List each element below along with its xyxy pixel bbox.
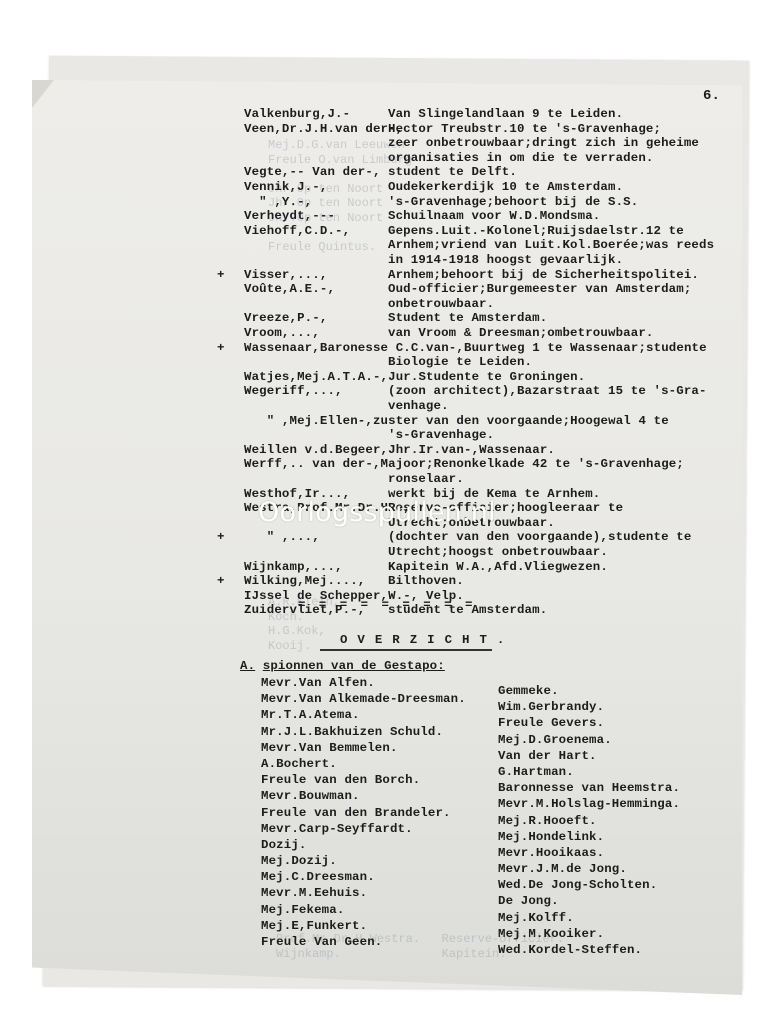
right-name-column: Gemmeke.Wim.Gerbrandy.Freule Gevers.Mej.… bbox=[498, 684, 680, 959]
spy-name: Mevr.Van Bemmelen. bbox=[261, 741, 466, 757]
entry-continuation-text: onbetrouwbaar. bbox=[388, 297, 494, 312]
entry-name: Vennik,J.-, bbox=[244, 180, 327, 195]
entry-name: Veen,Dr.J.H.van der-, bbox=[244, 122, 403, 137]
entry-continuation-text: ronselaar. bbox=[388, 472, 464, 487]
spy-name: Mevr.M.Eehuis. bbox=[261, 886, 466, 902]
spy-name: Mevr.J.M.de Jong. bbox=[498, 862, 680, 878]
watermark: Oorlogsspullen.nl bbox=[258, 497, 496, 528]
spy-name: A.Bochert. bbox=[261, 757, 466, 773]
plus-marker: + bbox=[217, 341, 225, 356]
entry-description: Oud-officier;Burgemeester van Amsterdam; bbox=[388, 282, 691, 297]
entry-continuation-text: venhage. bbox=[388, 399, 449, 414]
entry-name: Vroom,..., bbox=[244, 326, 320, 341]
spy-name: Mevr.M.Holslag-Hemminga. bbox=[498, 797, 680, 813]
entry-description: 's-Gravenhage;behoort bij de S.S. bbox=[388, 195, 638, 210]
plus-marker: + bbox=[217, 530, 225, 545]
spy-name: Baronnesse van Heemstra. bbox=[498, 781, 680, 797]
spy-name: Mr.J.L.Bakhuizen Schuld. bbox=[261, 725, 466, 741]
spy-name: Freule Gevers. bbox=[498, 716, 680, 732]
spy-name: Mevr.Van Alkemade-Dreesman. bbox=[261, 692, 466, 708]
spy-name: Van der Hart. bbox=[498, 749, 680, 765]
separator-line: = = = = = = = = = bbox=[298, 598, 475, 613]
entry-description: Schuilnaam voor W.D.Mondsma. bbox=[388, 209, 600, 224]
entry-description: Student te Amsterdam. bbox=[388, 311, 547, 326]
plus-marker: + bbox=[217, 268, 225, 283]
entry-name: Weillen v.d.Begeer,Jhr.Ir.van-,Wassenaar… bbox=[244, 443, 555, 458]
spy-name: Mevr.Bouwman. bbox=[261, 789, 466, 805]
entry-name: Verheydt,--- bbox=[244, 209, 335, 224]
spy-name: Mej.Fekema. bbox=[261, 903, 466, 919]
spy-name: Freule van den Borch. bbox=[261, 773, 466, 789]
entry-name: Viehoff,C.D.-, bbox=[244, 224, 350, 239]
entry-name: " ,..., bbox=[244, 530, 320, 545]
entry-continuation-text: Biologie te Leiden. bbox=[388, 355, 532, 370]
entry-continuation-text: 's-Gravenhage. bbox=[388, 428, 494, 443]
title-underline bbox=[320, 649, 492, 651]
spy-name: Mej.E,Funkert. bbox=[261, 919, 466, 935]
entry-description: van Vroom & Dreesman;ombetrouwbaar. bbox=[388, 326, 654, 341]
entry-name: " ,Y.-, bbox=[244, 195, 312, 210]
spy-name: Freule Van Geen. bbox=[261, 935, 466, 951]
spy-name: Gemmeke. bbox=[498, 684, 680, 700]
spy-name: Mej.C.Dreesman. bbox=[261, 870, 466, 886]
section-letter: A. bbox=[240, 659, 255, 673]
left-name-column: Mevr.Van Alfen.Mevr.Van Alkemade-Dreesma… bbox=[261, 676, 466, 951]
plus-marker: + bbox=[217, 574, 225, 589]
section-title: spionnen van de Gestapo: bbox=[263, 659, 445, 673]
entry-name: Wegeriff,..., bbox=[244, 384, 343, 399]
spy-name: Dozij. bbox=[261, 838, 466, 854]
spy-name: Mevr.Hooikaas. bbox=[498, 846, 680, 862]
entry-description: Kapitein W.A.,Afd.Vliegwezen. bbox=[388, 560, 608, 575]
spy-name: G.Hartman. bbox=[498, 765, 680, 781]
entry-continuation-text: organisaties in om die te verraden. bbox=[388, 151, 654, 166]
entry-description: (dochter van den voorgaande),studente te bbox=[388, 530, 691, 545]
spy-name: Mr.T.A.Atema. bbox=[261, 708, 466, 724]
spy-name: De Jong. bbox=[498, 894, 680, 910]
entry-continuation-text: in 1914-1918 hoogst gevaarlijk. bbox=[388, 253, 623, 268]
entry-name: Vegte,-- Van der-, bbox=[244, 165, 381, 180]
entry-description: student te Delft. bbox=[388, 165, 517, 180]
spy-name: Mej.D.Groenema. bbox=[498, 733, 680, 749]
spy-name: Mevr.Van Alfen. bbox=[261, 676, 466, 692]
section-heading: A. spionnen van de Gestapo: bbox=[240, 659, 445, 674]
entry-name: Wassenaar,Baronesse C.C.van-,Buurtweg 1 … bbox=[244, 341, 707, 356]
spy-name: Mej.Dozij. bbox=[261, 854, 466, 870]
entry-continuation-text: Utrecht;hoogst onbetrouwbaar. bbox=[388, 545, 608, 560]
overview-title: OVERZICHT. bbox=[340, 633, 514, 648]
entry-name: Voûte,A.E.-, bbox=[244, 282, 335, 297]
entry-description: (zoon architect),Bazarstraat 15 te 's-Gr… bbox=[388, 384, 707, 399]
entry-description: Oudekerkerdijk 10 te Amsterdam. bbox=[388, 180, 623, 195]
entry-name: Watjes,Mej.A.T.A.-,Jur.Studente te Groni… bbox=[244, 370, 585, 385]
entry-name: Wilking,Mej...., bbox=[244, 574, 365, 589]
spy-name: Mej.M.Kooiker. bbox=[498, 927, 680, 943]
spy-name: Wim.Gerbrandy. bbox=[498, 700, 680, 716]
spy-name: Wed.De Jong-Scholten. bbox=[498, 878, 680, 894]
entry-name: " ,Mej.Ellen-,zuster van den voorgaande;… bbox=[244, 414, 669, 429]
spy-name: Mej.R.Hooeft. bbox=[498, 814, 680, 830]
entry-description: Van Slingelandlaan 9 te Leiden. bbox=[388, 107, 623, 122]
entry-continuation-text: Arnhem;vriend van Luit.Kol.Boerée;was re… bbox=[388, 238, 714, 253]
spy-name: Mej.Hondelink. bbox=[498, 830, 680, 846]
spy-name: Wed.Kordel-Steffen. bbox=[498, 943, 680, 959]
entry-name: Vreeze,P.-, bbox=[244, 311, 327, 326]
page-number: 6. bbox=[703, 89, 720, 104]
spy-name: Freule van den Brandeler. bbox=[261, 806, 466, 822]
entry-description: Hector Treubstr.10 te 's-Gravenhage; bbox=[388, 122, 661, 137]
spy-name: Mej.Kolff. bbox=[498, 911, 680, 927]
entry-name: Wijnkamp,..., bbox=[244, 560, 343, 575]
entry-continuation-text: zeer onbetrouwbaar;dringt zich in geheim… bbox=[388, 136, 699, 151]
entry-name: Visser,..., bbox=[244, 268, 327, 283]
entry-name: Valkenburg,J.- bbox=[244, 107, 350, 122]
entry-description: Gepens.Luit.-Kolonel;Ruijsdaelstr.12 te bbox=[388, 224, 684, 239]
spy-name: Mevr.Carp-Seyffardt. bbox=[261, 822, 466, 838]
entry-description: Arnhem;behoort bij de Sicherheitspolitei… bbox=[388, 268, 699, 283]
entry-description: Bilthoven. bbox=[388, 574, 464, 589]
entry-name: Werff,.. van der-,Majoor;Renonkelkade 42… bbox=[244, 457, 684, 472]
